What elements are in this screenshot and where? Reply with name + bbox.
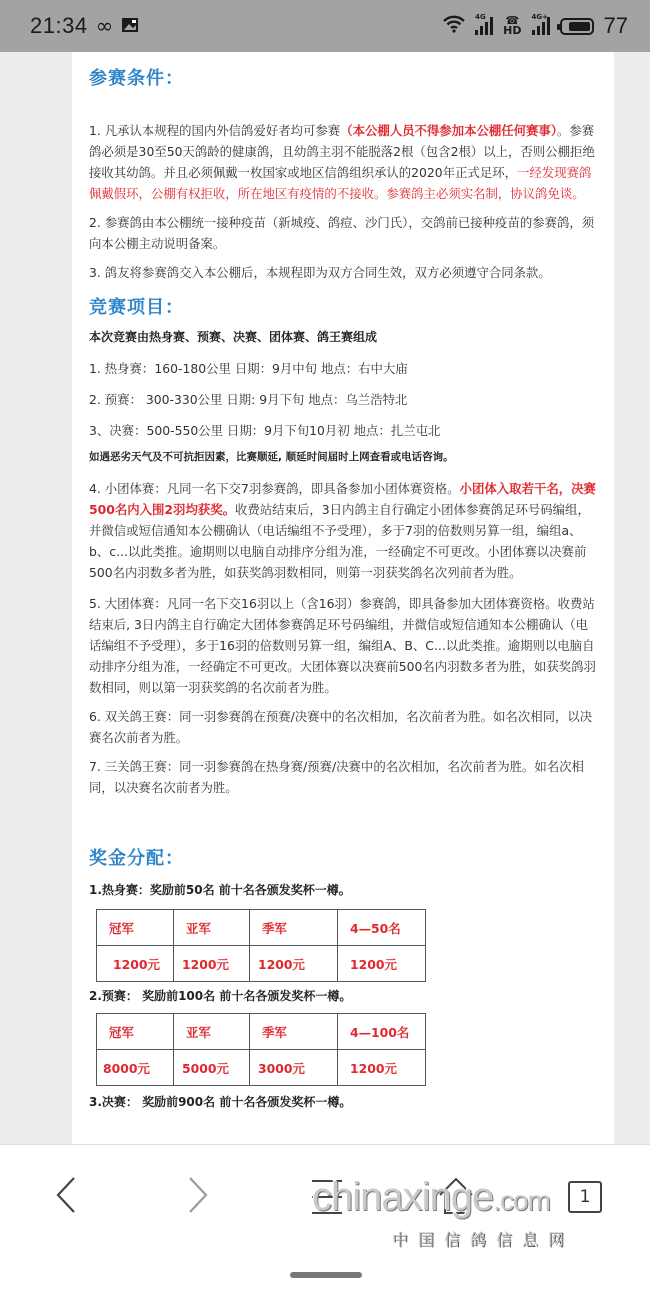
prize-prelim-label: 2.预赛： 奖励前100名 前十名各颁发奖杯一樽。 [89, 986, 598, 1007]
condition-item-2: 2. 参赛鸽由本公棚统一接种疫苗（新城疫、鸽痘、沙门氏），交鸽前已接种疫苗的参赛… [89, 212, 598, 254]
infinity-icon: ∞ [96, 14, 114, 38]
back-button[interactable] [46, 1175, 86, 1215]
prize-final-label: 3.决赛： 奖励前900名 前十名各颁发奖杯一樽。 [89, 1092, 598, 1113]
chevron-right-icon [187, 1176, 209, 1214]
section-title-conditions: 参赛条件： [89, 64, 598, 90]
table-row: 1200元 1200元 1200元 1200元 [97, 946, 426, 982]
condition-item-1: 1. 凡承认本规程的国内外信鸽爱好者均可参赛（本公棚人员不得参加本公棚任何赛事）… [89, 120, 598, 204]
event-item-4: 4. 小团体赛：凡同一名下交7羽参赛鸽，即具备参加小团体赛资格。小团体入取若干名… [89, 478, 598, 583]
event-item-7: 7. 三关鸽王赛：同一羽参赛鸽在热身赛/预赛/决赛中的名次相加，名次前者为胜。如… [89, 756, 598, 798]
prize-table-warmup: 冠军 亚军 季军 4—50名 1200元 1200元 1200元 1200元 [96, 909, 426, 982]
race-final: 3、决赛：500-550公里 日期：9月下旬10月初 地点：扎兰屯北 [89, 420, 598, 441]
table-row: 冠军 亚军 季军 4—50名 [97, 910, 426, 946]
section-title-events: 竞赛项目： [89, 293, 598, 319]
battery-icon [560, 18, 594, 35]
prize-warmup-label: 1.热身赛：奖励前50名 前十名各颁发奖杯一樽。 [89, 880, 598, 901]
wifi-icon [443, 14, 465, 39]
signal-4g-plus-icon: 4G+ [532, 17, 550, 35]
tabs-button[interactable]: 1 [568, 1181, 602, 1213]
prize-table-prelim: 冠军 亚军 季军 4—100名 8000元 5000元 3000元 1200元 [96, 1013, 426, 1086]
table-row: 冠军 亚军 季军 4—100名 [97, 1014, 426, 1050]
tab-count: 1 [580, 1187, 591, 1207]
watermark-cn: 中国信鸽信息网 [392, 1227, 574, 1250]
chevron-left-icon [55, 1176, 77, 1214]
article-content[interactable]: 参赛条件： 1. 凡承认本规程的国内外信鸽爱好者均可参赛（本公棚人员不得参加本公… [72, 52, 614, 1144]
status-bar: 21:34 ∞ 4G ☎HD 4G+ 77 [0, 0, 650, 52]
race-warmup: 1. 热身赛：160-180公里 日期：9月中旬 地点：右中大庙 [89, 358, 598, 379]
status-time: 21:34 [30, 13, 88, 39]
events-intro: 本次竞赛由热身赛、预赛、决赛、团体赛、鸽王赛组成 [89, 327, 598, 348]
status-right: 4G ☎HD 4G+ 77 [443, 13, 628, 39]
home-indicator[interactable] [290, 1272, 362, 1278]
signal-4g-icon: 4G [475, 17, 493, 35]
table-row: 8000元 5000元 3000元 1200元 [97, 1050, 426, 1086]
hd-call-icon: ☎HD [503, 16, 521, 36]
race-prelim: 2. 预赛： 300-330公里 日期: 9月下旬 地点：乌兰浩特北 [89, 389, 598, 410]
weather-note: 如遇恶劣天气及不可抗拒因素，比赛顺延, 顺延时间届时上网查看或电话咨询。 [89, 447, 598, 468]
image-notification-icon [121, 14, 139, 38]
forward-button[interactable] [178, 1175, 218, 1215]
section-title-prizes: 奖金分配： [89, 844, 598, 870]
watermark-logo: chinaxinge.com [312, 1175, 550, 1220]
event-item-5: 5. 大团体赛：凡同一名下交16羽以上（含16羽）参赛鸽，即具备参加大团体赛资格… [89, 593, 598, 698]
event-item-6: 6. 双关鸽王赛：同一羽参赛鸽在预赛/决赛中的名次相加，名次前者为胜。如名次相同… [89, 706, 598, 748]
battery-percent: 77 [604, 13, 628, 39]
status-left: 21:34 ∞ [30, 13, 139, 39]
condition-item-3: 3. 鸽友将参赛鸽交入本公棚后，本规程即为双方合同生效，双方必须遵守合同条款。 [89, 262, 598, 283]
